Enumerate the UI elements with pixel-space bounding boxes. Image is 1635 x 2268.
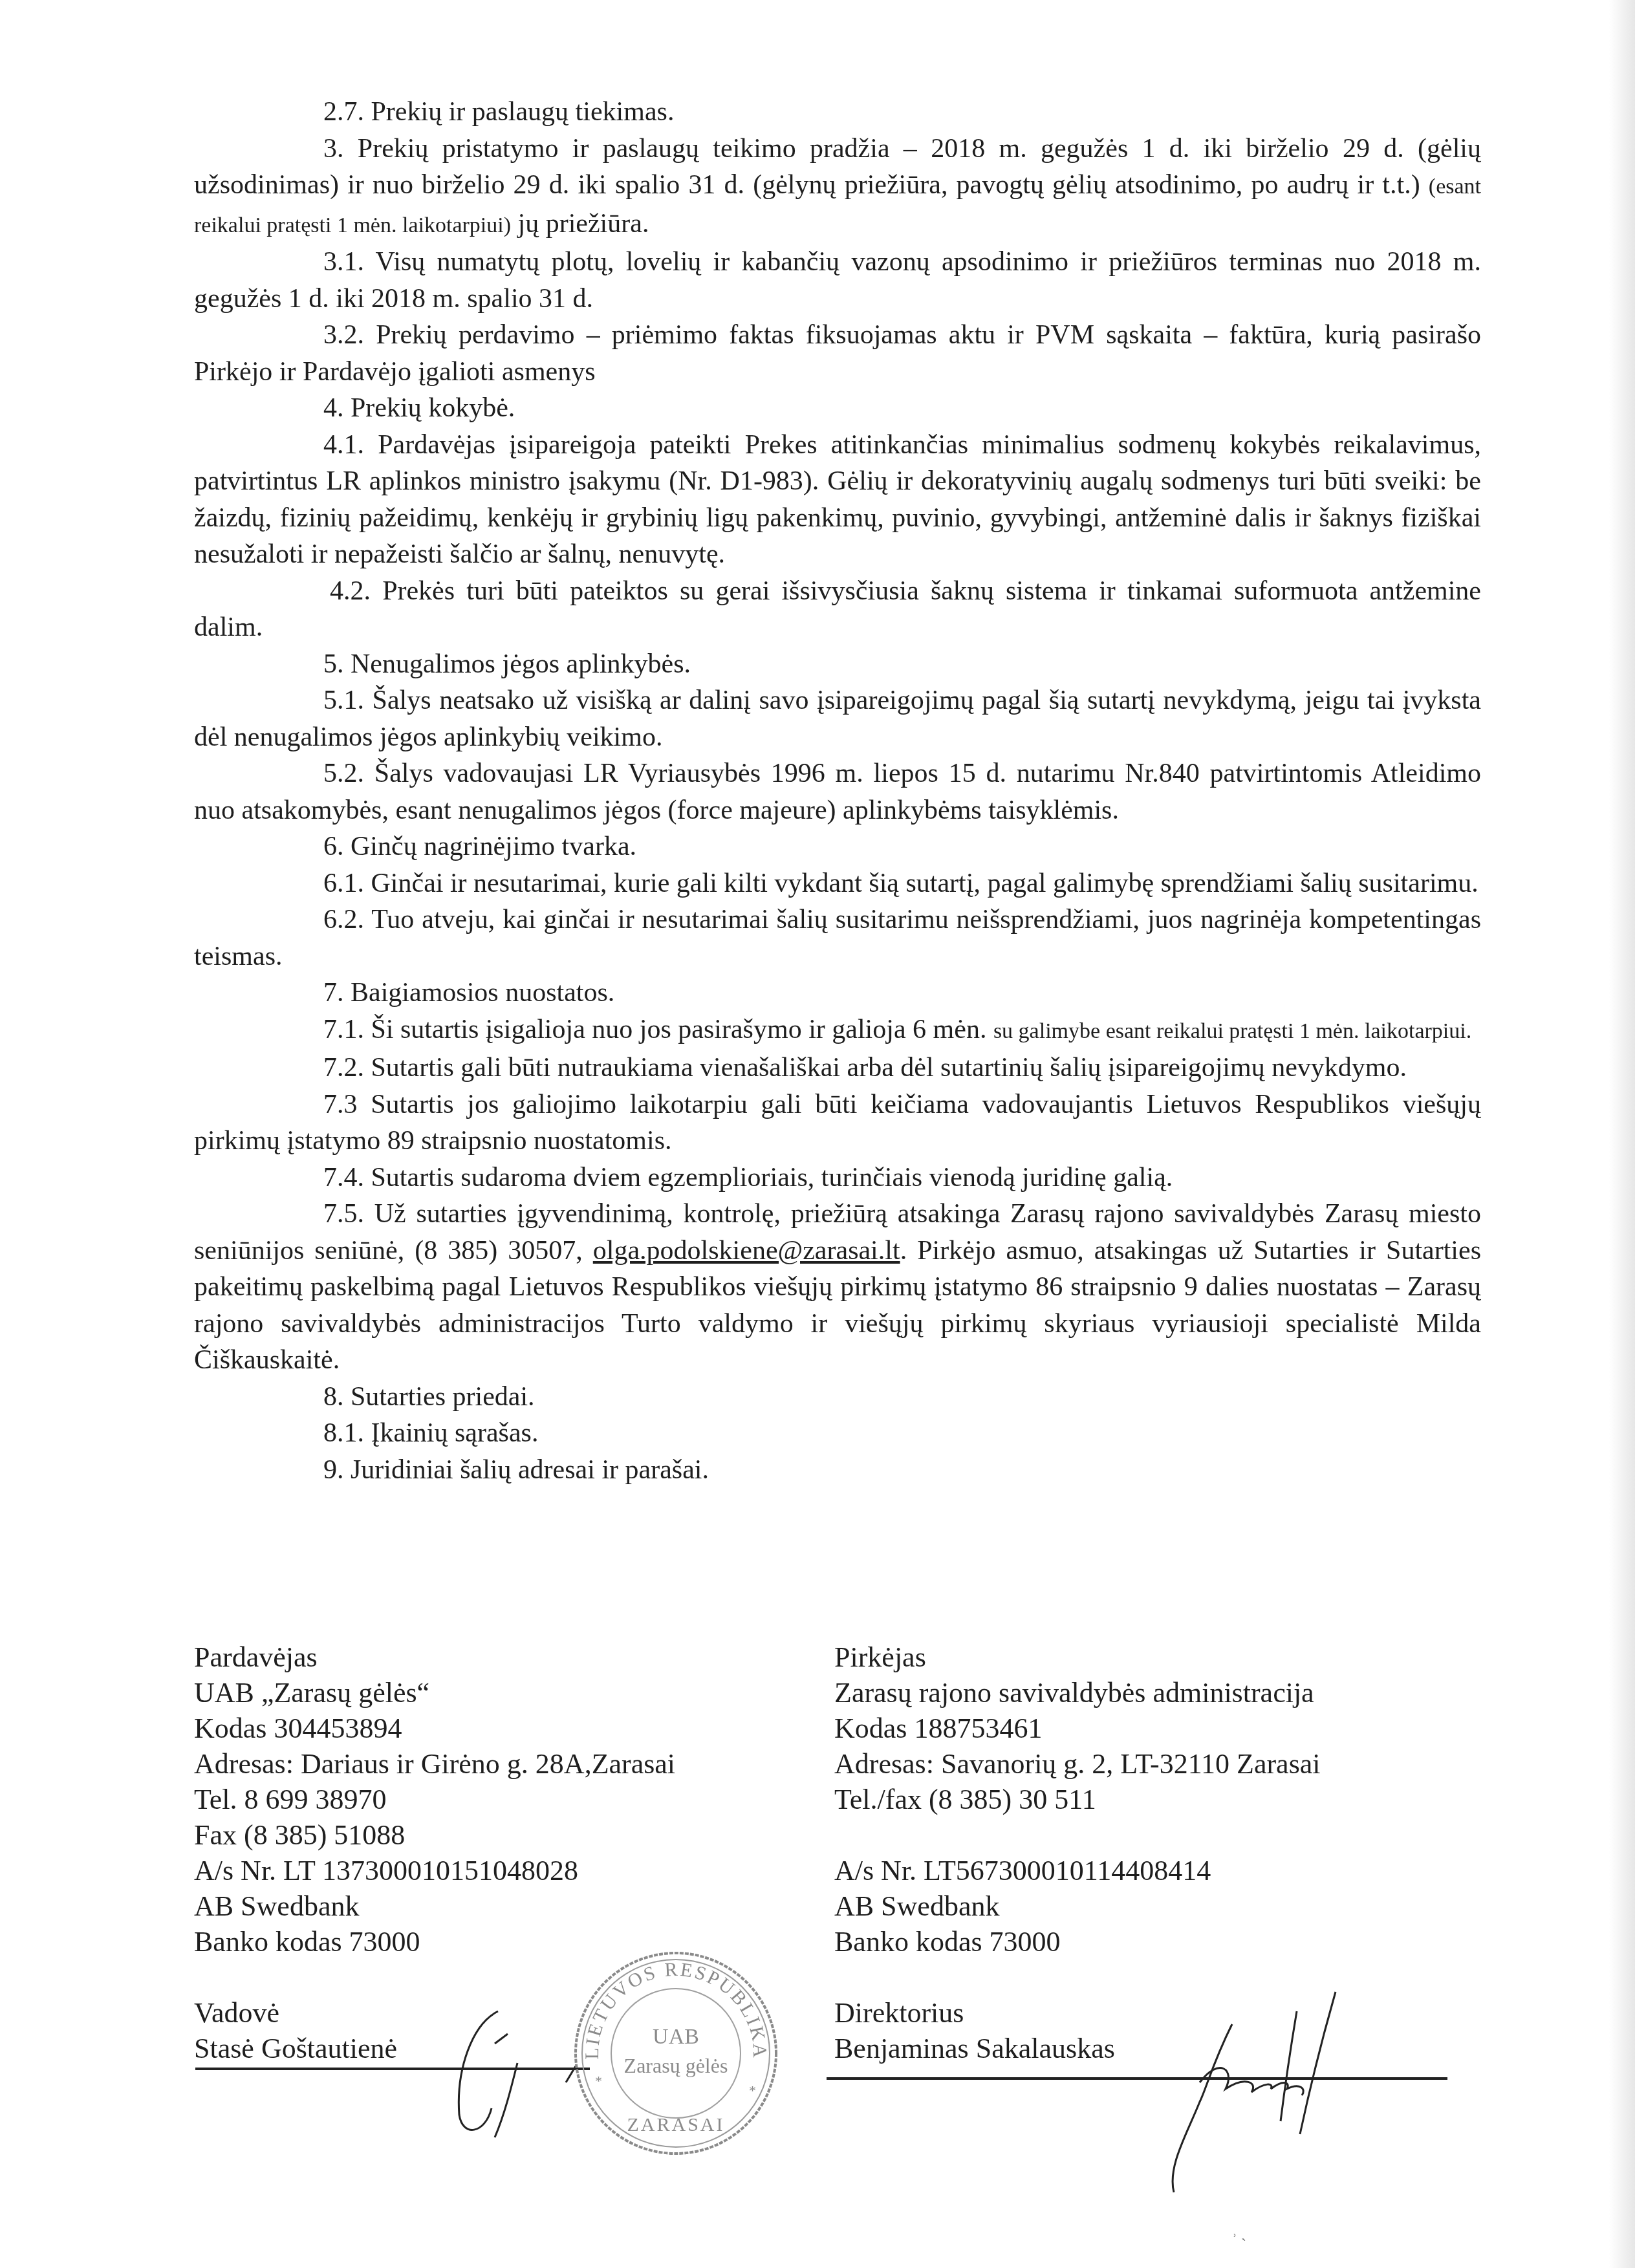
seller-account: A/s Nr. LT 137300010151048028 — [194, 1853, 808, 1888]
clause-7-4: 7.4. Sutartis sudaroma dviem egzempliori… — [194, 1160, 1481, 1196]
buyer-account: A/s Nr. LT567300010114408414 — [834, 1853, 1481, 1888]
stamp-bottom-text: ZARASAI — [627, 2114, 724, 2135]
clause-text: 6.2. Tuo atveju, kai ginčai ir nesutarim… — [194, 905, 1481, 971]
buyer-name: Zarasų rajono savivaldybės administracij… — [834, 1675, 1481, 1711]
contract-body: 2.7. Prekių ir paslaugų tiekimas. 3. Pre… — [194, 94, 1481, 1488]
email-link[interactable]: olga.podolskiene@zarasai.lt — [593, 1236, 900, 1266]
buyer-bank: AB Swedbank — [834, 1888, 1481, 1924]
clause-5-2: 5.2. Šalys vadovaujasi LR Vyriausybės 19… — [194, 755, 1481, 828]
clause-6-2: 6.2. Tuo atveju, kai ginčai ir nesutarim… — [194, 902, 1481, 975]
scan-edge — [1609, 0, 1635, 2268]
company-stamp: LIETUVOS RESPUBLIKA UAB Zarasų gėlės ZAR… — [569, 1947, 783, 2160]
stamp-star-icon: * — [595, 2073, 602, 2089]
clause-4-2: 4.2. Prekės turi būti pateiktos su gerai… — [194, 573, 1481, 646]
clause-text: 7. Baigiamosios nuostatos. — [323, 978, 614, 1008]
clause-text: 7.1. Ši sutartis įsigalioja nuo jos pasi… — [323, 1015, 993, 1044]
stamp-star-icon: * — [749, 2082, 756, 2099]
clause-5-1: 5.1. Šalys neatsako už visišką ar dalinį… — [194, 682, 1481, 755]
seller-address: Adresas: Dariaus ir Girėno g. 28A,Zarasa… — [194, 1746, 808, 1782]
clause-text: 5.2. Šalys vadovaujasi LR Vyriausybės 19… — [194, 759, 1481, 825]
clause-text: 7.4. Sutartis sudaroma dviem egzempliori… — [323, 1163, 1173, 1193]
seller-bank: AB Swedbank — [194, 1888, 808, 1924]
clause-8-1: 8.1. Įkainių sąrašas. — [194, 1415, 1481, 1452]
clause-text: 6. Ginčų nagrinėjimo tvarka. — [323, 832, 636, 861]
clause-text: 7.2. Sutartis gali būti nutraukiama vien… — [323, 1053, 1407, 1083]
spacer — [834, 1817, 1481, 1853]
clause-6: 6. Ginčų nagrinėjimo tvarka. — [194, 828, 1481, 865]
clause-text: 3.1. Visų numatytų plotų, lovelių ir kab… — [194, 247, 1481, 314]
clause-8: 8. Sutarties priedai. — [194, 1379, 1481, 1416]
buyer-address: Adresas: Savanorių g. 2, LT-32110 Zarasa… — [834, 1746, 1481, 1782]
clause-5: 5. Nenugalimos jėgos aplinkybės. — [194, 646, 1481, 683]
scan-marks: ˒ ˏ — [1232, 2225, 1246, 2242]
clause-9: 9. Juridiniai šalių adresai ir parašai. — [194, 1452, 1481, 1489]
clause-3-1: 3.1. Visų numatytų plotų, lovelių ir kab… — [194, 244, 1481, 317]
buyer-telfax: Tel./fax (8 385) 30 511 — [834, 1782, 1481, 1817]
buyer-signature-icon — [1161, 1985, 1471, 2199]
clause-text: 4. Prekių kokybė. — [323, 393, 515, 423]
buyer-bank-code: Banko kodas 73000 — [834, 1924, 1481, 1960]
clause-7-5: 7.5. Už sutarties įgyvendinimą, kontrolę… — [194, 1196, 1481, 1379]
stamp-center-line-1: UAB — [653, 2025, 699, 2049]
clause-text: 3.2. Prekių perdavimo – priėmimo faktas … — [194, 320, 1481, 387]
clause-7-1: 7.1. Ši sutartis įsigalioja nuo jos pasi… — [194, 1011, 1481, 1050]
clause-text: 2.7. Prekių ir paslaugų tiekimas. — [323, 97, 674, 127]
buyer-code: Kodas 188753461 — [834, 1711, 1481, 1746]
clause-text: 8.1. Įkainių sąrašas. — [323, 1418, 538, 1448]
clause-3: 3. Prekių pristatymo ir paslaugų teikimo… — [194, 131, 1481, 244]
clause-3-2: 3.2. Prekių perdavimo – priėmimo faktas … — [194, 317, 1481, 390]
stamp-center-line-2: Zarasų gėlės — [624, 2054, 728, 2077]
seller-fax: Fax (8 385) 51088 — [194, 1817, 808, 1853]
clause-text: 7.3 Sutartis jos galiojimo laikotarpiu g… — [194, 1090, 1481, 1156]
clause-7-2: 7.2. Sutartis gali būti nutraukiama vien… — [194, 1050, 1481, 1086]
clause-text: 4.2. Prekės turi būti pateiktos su gerai… — [194, 576, 1481, 643]
seller-name: UAB „Zarasų gėlės“ — [194, 1675, 808, 1711]
seller-role: Pardavėjas — [194, 1639, 808, 1675]
clause-6-1: 6.1. Ginčai ir nesutarimai, kurie gali k… — [194, 865, 1481, 902]
clause-text: 8. Sutarties priedai. — [323, 1382, 535, 1412]
clause-7: 7. Baigiamosios nuostatos. — [194, 975, 1481, 1011]
clause-text: 3. Prekių pristatymo ir paslaugų teikimo… — [194, 134, 1481, 200]
clause-text-tail: jų priežiūra. — [511, 209, 649, 239]
clause-text: 9. Juridiniai šalių adresai ir parašai. — [323, 1455, 709, 1485]
clause-text: 6.1. Ginčai ir nesutarimai, kurie gali k… — [323, 869, 1478, 898]
clause-4: 4. Prekių kokybė. — [194, 390, 1481, 427]
clause-2-7: 2.7. Prekių ir paslaugų tiekimas. — [194, 94, 1481, 131]
clause-7-3: 7.3 Sutartis jos galiojimo laikotarpiu g… — [194, 1086, 1481, 1160]
clause-text: 4.1. Pardavėjas įsipareigoja pateikti Pr… — [194, 430, 1481, 570]
seller-code: Kodas 304453894 — [194, 1711, 808, 1746]
seller-tel: Tel. 8 699 38970 — [194, 1782, 808, 1817]
buyer-role: Pirkėjas — [834, 1639, 1481, 1675]
clause-note: su galimybe esant reikalui pratęsti 1 mė… — [993, 1019, 1471, 1043]
clause-4-1: 4.1. Pardavėjas įsipareigoja pateikti Pr… — [194, 427, 1481, 573]
clause-text: 5.1. Šalys neatsako už visišką ar dalinį… — [194, 686, 1481, 752]
clause-text: 5. Nenugalimos jėgos aplinkybės. — [323, 649, 691, 679]
